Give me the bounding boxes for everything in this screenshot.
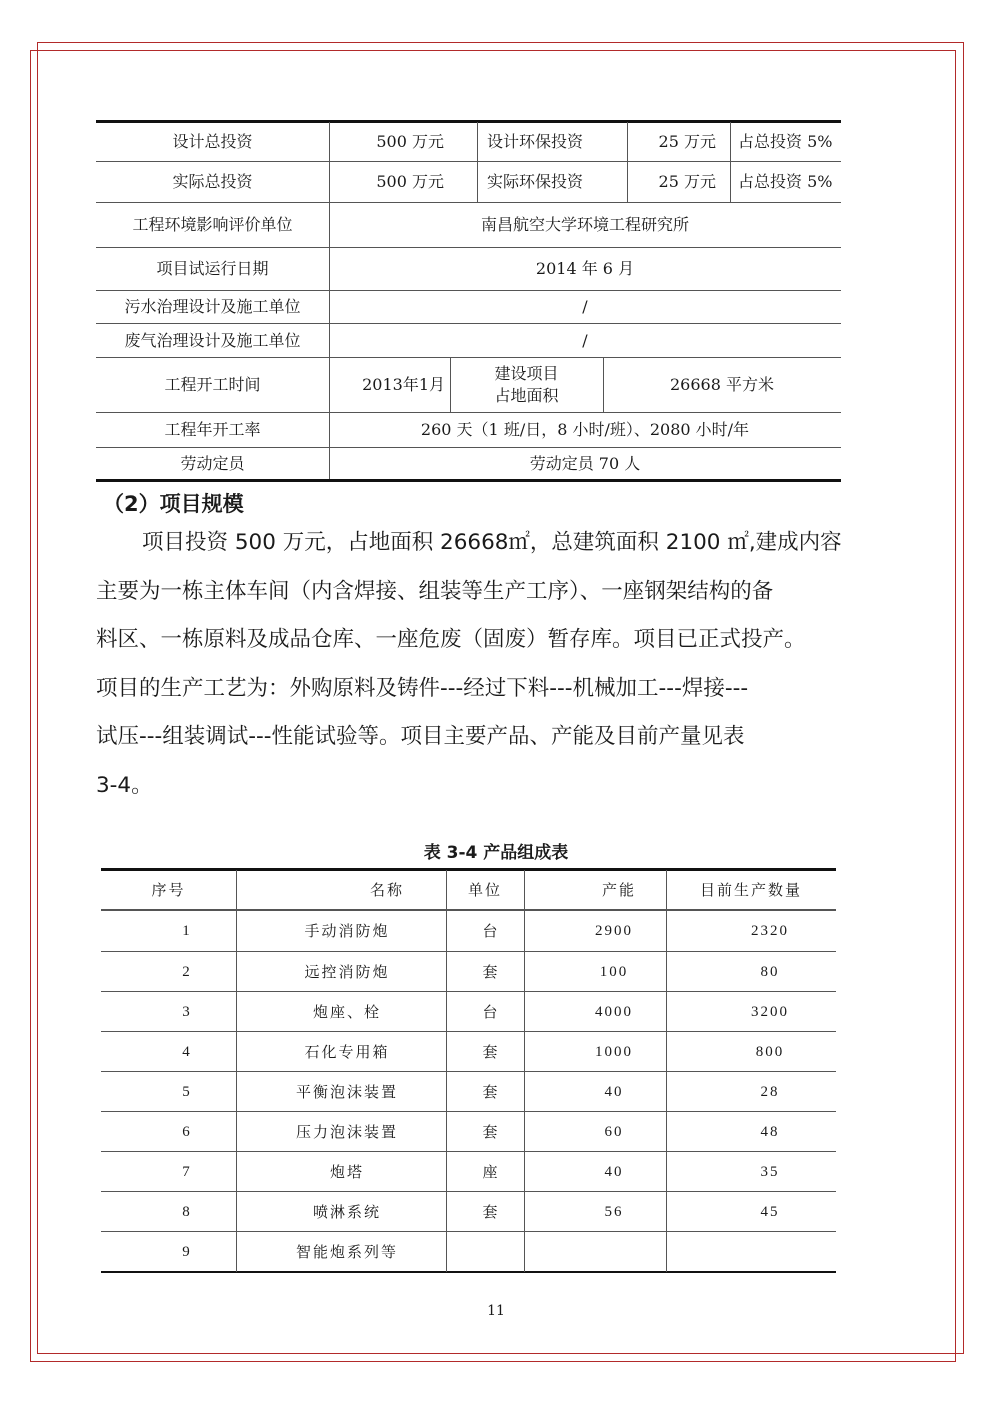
cell-current-output: 3200 <box>666 992 874 1031</box>
header-index: 序号 <box>101 870 236 909</box>
cell-label: 设计总投资 <box>96 122 329 161</box>
cell-unit <box>446 1232 536 1271</box>
cell-current-output: 48 <box>666 1112 874 1151</box>
cell-unit: 座 <box>446 1152 536 1191</box>
cell-label: 实际环保投资 <box>477 162 627 202</box>
cell-name: 石化专用箱 <box>236 1032 458 1071</box>
cell-current-output: 28 <box>666 1072 874 1111</box>
cell-name: 平衡泡沫装置 <box>236 1072 458 1111</box>
cell-name: 喷淋系统 <box>236 1192 458 1231</box>
cell-name: 压力泡沫装置 <box>236 1112 458 1151</box>
paragraph-line: 3-4。 <box>96 762 846 811</box>
cell-unit: 套 <box>446 1032 536 1071</box>
paragraph-line: 项目投资 500 万元，占地面积 26668㎡，总建筑面积 2100 ㎡,建成内… <box>96 519 846 568</box>
section-heading: （2）项目规模 <box>103 488 244 518</box>
cell-value: 2013年1月 <box>329 358 450 412</box>
paragraph-line: 料区、一栋原料及成品仓库、一座危废（固废）暂存库。项目已正式投产。 <box>96 616 846 665</box>
paragraph-line: 项目的生产工艺为：外购原料及铸件---经过下料---机械加工---焊接--- <box>96 665 846 714</box>
table-bottom-rule <box>96 479 841 482</box>
cell-label: 实际总投资 <box>96 162 329 202</box>
cell-value: 25 万元 <box>627 162 730 202</box>
cell-value: 260 天（1 班/日，8 小时/班）、2080 小时/年 <box>329 413 841 447</box>
cell-value: / <box>329 291 841 323</box>
cell-current-output: 800 <box>666 1032 874 1071</box>
cell-ratio: 占总投资 5% <box>730 162 841 202</box>
cell-value: 500 万元 <box>329 162 477 202</box>
cell-value: 26668 平方米 <box>603 358 841 412</box>
area-label-line1: 建设项目 <box>494 363 558 385</box>
table-caption: 表 3-4 产品组成表 <box>0 838 992 863</box>
cell-current-output: 35 <box>666 1152 874 1191</box>
cell-label: 工程年开工率 <box>96 413 329 447</box>
cell-name: 远控消防炮 <box>236 952 458 991</box>
cell-label: 污水治理设计及施工单位 <box>96 291 329 323</box>
cell-value: / <box>329 324 841 357</box>
cell-label: 设计环保投资 <box>477 122 627 161</box>
cell-current-output: 80 <box>666 952 874 991</box>
header-capacity: 产能 <box>524 870 666 909</box>
section-paragraph: 项目投资 500 万元，占地面积 26668㎡，总建筑面积 2100 ㎡,建成内… <box>96 519 846 810</box>
cell-value: 南昌航空大学环境工程研究所 <box>329 203 841 247</box>
cell-unit: 套 <box>446 952 536 991</box>
cell-unit: 台 <box>446 911 536 951</box>
cell-ratio: 占总投资 5% <box>730 122 841 161</box>
cell-name: 智能炮系列等 <box>236 1232 458 1271</box>
cell-area-label: 建设项目 占地面积 <box>450 358 603 412</box>
cell-unit: 套 <box>446 1072 536 1111</box>
cell-current-output <box>666 1232 874 1271</box>
header-name: 名称 <box>236 870 446 909</box>
cell-value: 500 万元 <box>329 122 477 161</box>
cell-label: 劳动定员 <box>96 448 329 479</box>
cell-name: 手动消防炮 <box>236 911 458 951</box>
header-unit: 单位 <box>446 870 524 909</box>
cell-label: 废气治理设计及施工单位 <box>96 324 329 357</box>
cell-value: 劳动定员 70 人 <box>329 448 841 479</box>
cell-value: 25 万元 <box>627 122 730 161</box>
header-current-output: 目前生产数量 <box>666 870 836 909</box>
cell-unit: 台 <box>446 992 536 1031</box>
cell-label: 项目试运行日期 <box>96 248 329 290</box>
cell-current-output: 2320 <box>666 911 874 951</box>
cell-label: 工程开工时间 <box>96 358 329 412</box>
paragraph-line: 主要为一栋主体车间（内含焊接、组装等生产工序）、一座钢架结构的备 <box>96 568 846 617</box>
cell-label: 工程环境影响评价单位 <box>96 203 329 247</box>
paragraph-line: 试压---组装调试---性能试验等。项目主要产品、产能及目前产量见表 <box>96 713 846 762</box>
cell-value: 2014 年 6 月 <box>329 248 841 290</box>
cell-current-output: 45 <box>666 1192 874 1231</box>
page-number: 11 <box>0 1303 992 1319</box>
cell-unit: 套 <box>446 1112 536 1151</box>
cell-unit: 套 <box>446 1192 536 1231</box>
cell-name: 炮塔 <box>236 1152 458 1191</box>
area-label-line2: 占地面积 <box>494 385 558 407</box>
table-bottom-rule <box>101 1271 836 1273</box>
cell-name: 炮座、栓 <box>236 992 458 1031</box>
